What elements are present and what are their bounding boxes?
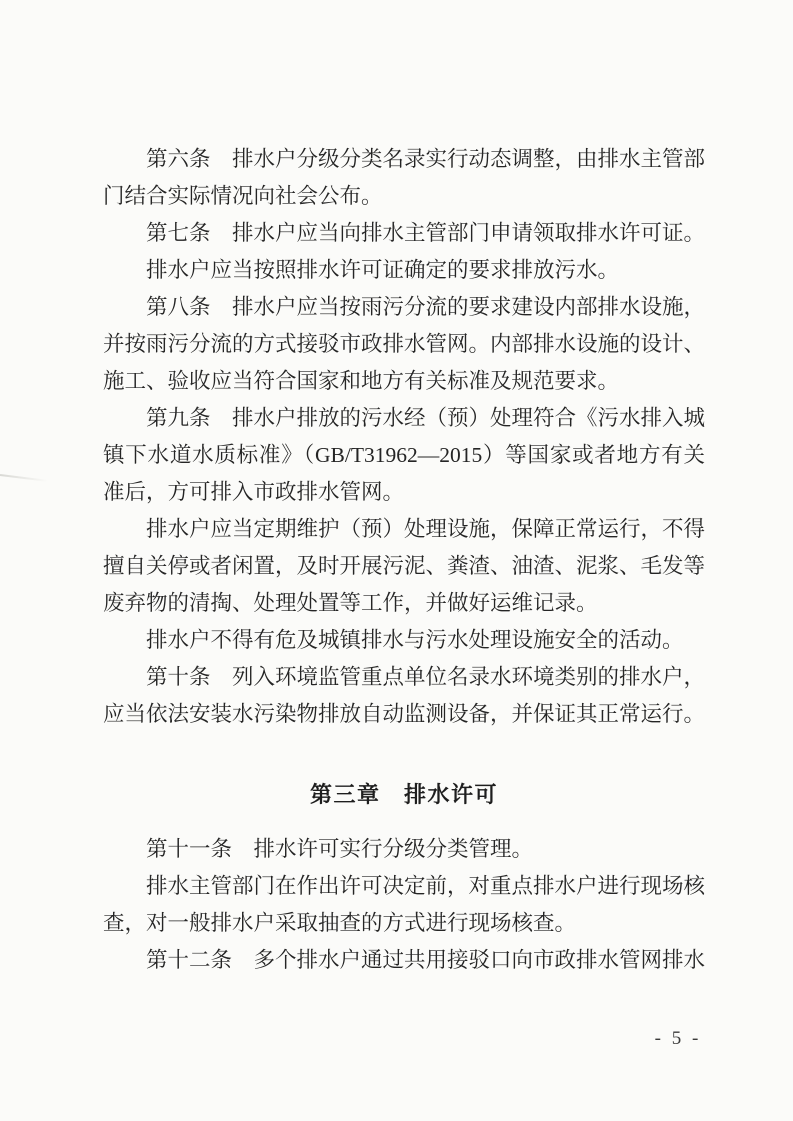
text-line: 第十一条 排水许可实行分级分类管理。 [103, 831, 705, 868]
page-number: - 5 - [640, 1028, 716, 1050]
text-line: 施工、验收应当符合国家和地方有关标准及规范要求。 [103, 363, 705, 400]
text-line: 第十二条 多个排水户通过共用接驳口向市政排水管网排水 [103, 942, 705, 979]
scanned-document-page: 第六条 排水户分级分类名录实行动态调整，由排水主管部门结合实际情况向社会公布。第… [0, 0, 793, 1121]
text-line: 排水户应当按照排水许可证确定的要求排放污水。 [103, 252, 705, 289]
document-body: 第六条 排水户分级分类名录实行动态调整，由排水主管部门结合实际情况向社会公布。第… [103, 141, 705, 979]
chapter-heading: 第三章 排水许可 [103, 776, 705, 813]
text-line: 排水户应当定期维护（预）处理设施，保障正常运行，不得 [103, 511, 705, 548]
text-line: 第七条 排水户应当向排水主管部门申请领取排水许可证。 [103, 215, 705, 252]
text-line: 应当依法安装水污染物排放自动监测设备，并保证其正常运行。 [103, 696, 705, 733]
text-line: 第九条 排水户排放的污水经（预）处理符合《污水排入城 [103, 400, 705, 437]
text-line: 第十条 列入环境监管重点单位名录水环境类别的排水户， [103, 659, 705, 696]
text-line: 查，对一般排水户采取抽查的方式进行现场核查。 [103, 905, 705, 942]
text-line: 第八条 排水户应当按雨污分流的要求建设内部排水设施， [103, 289, 705, 326]
text-line: 镇下水道水质标准》（GB/T31962—2015）等国家或者地方有关标 [103, 437, 705, 474]
text-line: 排水主管部门在作出许可决定前，对重点排水户进行现场核 [103, 868, 705, 905]
chapter-2-lines: 第六条 排水户分级分类名录实行动态调整，由排水主管部门结合实际情况向社会公布。第… [103, 141, 705, 733]
text-line: 第六条 排水户分级分类名录实行动态调整，由排水主管部 [103, 141, 705, 178]
text-line: 排水户不得有危及城镇排水与污水处理设施安全的活动。 [103, 622, 705, 659]
text-line: 门结合实际情况向社会公布。 [103, 178, 705, 215]
chapter-3-lines: 第十一条 排水许可实行分级分类管理。排水主管部门在作出许可决定前，对重点排水户进… [103, 831, 705, 979]
text-line: 并按雨污分流的方式接驳市政排水管网。内部排水设施的设计、 [103, 326, 705, 363]
text-line: 擅自关停或者闲置，及时开展污泥、粪渣、油渣、泥浆、毛发等 [103, 548, 705, 585]
text-line: 废弃物的清掏、处理处置等工作，并做好运维记录。 [103, 585, 705, 622]
scan-artifact [0, 474, 48, 482]
text-line: 准后，方可排入市政排水管网。 [103, 474, 705, 511]
